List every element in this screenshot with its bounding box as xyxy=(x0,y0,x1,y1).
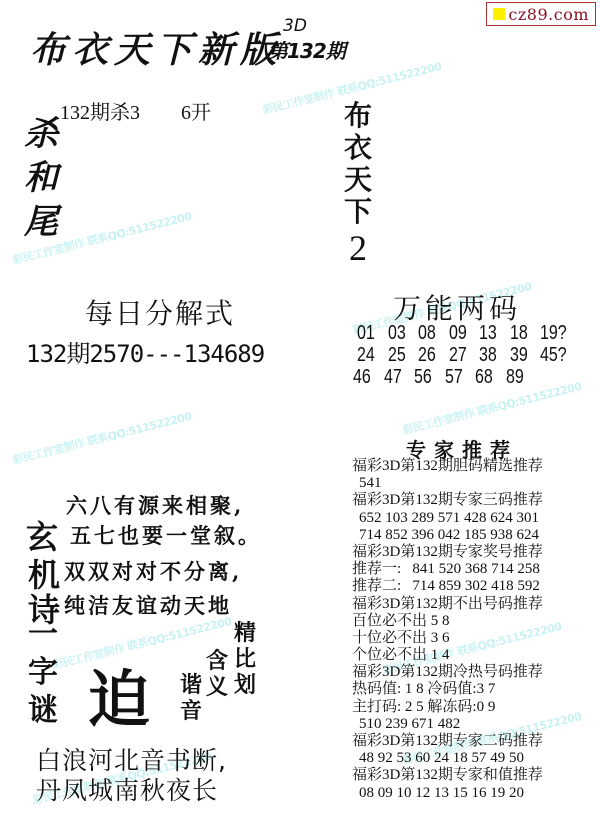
kill-tail-label: 杀 和 尾 xyxy=(24,112,58,244)
closing-poem-line: 白浪河北音书断, xyxy=(36,746,227,776)
kill-tail-char: 尾 xyxy=(24,200,58,244)
code: 25 xyxy=(388,344,412,366)
hint-char: 划 xyxy=(234,672,256,698)
expert-line: 热码值: 1 8 冷码值:3 7 xyxy=(352,681,543,698)
buyi-char: 下 xyxy=(344,196,372,228)
hint-char: 音 xyxy=(180,698,202,724)
expert-line: 福彩3D第132期专家三码推荐 xyxy=(352,492,543,509)
code: 68 xyxy=(475,366,499,388)
hint-char: 含 xyxy=(206,648,228,674)
code: 19? xyxy=(540,322,564,344)
code: 46 xyxy=(353,366,377,388)
expert-line: 主打码: 2 5 解冻码:0 9 xyxy=(352,699,543,716)
expert-line: 百位必不出 5 8 xyxy=(352,613,543,630)
poem-line: 纯洁友谊动天地 xyxy=(64,590,232,620)
code: 13 xyxy=(479,322,503,344)
expert-line: 福彩3D第132期不出号码推荐 xyxy=(352,596,543,613)
kill-tail-char: 杀 xyxy=(24,112,58,156)
expert-line: 个位必不出 1 4 xyxy=(352,647,543,664)
riddle-label-char: 字 xyxy=(28,654,58,692)
buyi-char: 衣 xyxy=(344,132,372,164)
page-title: 布衣天下新版 xyxy=(30,22,282,73)
kill-tail-issue: 132期杀3 xyxy=(60,96,140,125)
universal-two-row: 01 03 08 09 13 18 19? xyxy=(357,322,571,344)
expert-numbers: 08 09 10 12 13 15 16 19 20 xyxy=(352,785,543,802)
universal-two-grid: 01 03 08 09 13 18 19? 24 25 26 27 38 39 … xyxy=(357,322,571,388)
daily-decomposition-title: 每日分解式 xyxy=(85,292,235,332)
expert-numbers: 541 xyxy=(352,475,543,492)
kill-tail-open: 6开 xyxy=(181,96,211,125)
code: 27 xyxy=(449,344,473,366)
expert-line: 福彩3D第132期专家和值推荐 xyxy=(352,767,543,784)
kill-tail-char: 和 xyxy=(24,156,58,200)
buyi-label: 布 衣 天 下 2 xyxy=(344,100,372,268)
code: 18 xyxy=(510,322,534,344)
code: 39 xyxy=(510,344,534,366)
code: 89 xyxy=(506,366,530,388)
code: 26 xyxy=(418,344,442,366)
buyi-char: 天 xyxy=(344,164,372,196)
code: 45? xyxy=(540,344,564,366)
expert-line: 推荐一: 841 520 368 714 258 xyxy=(352,561,543,578)
riddle-label: 一 字 谜 xyxy=(28,616,58,730)
watermark: 彩民工作室制作 联系QQ:511522200 xyxy=(11,408,193,468)
lottery-type: 3D xyxy=(283,16,307,36)
riddle-label-char: 一 xyxy=(28,616,58,654)
code: 24 xyxy=(357,344,381,366)
poem-line: 双双对对不分离, xyxy=(64,556,242,586)
buyi-char: 布 xyxy=(344,100,372,132)
buyi-number: 2 xyxy=(349,228,367,268)
site-badge[interactable]: cz89.com xyxy=(486,2,596,26)
riddle-hint-col2: 含 义 xyxy=(206,648,228,700)
daily-decomposition-value: 132期2570---134689 xyxy=(26,334,264,369)
universal-two-row: 24 25 26 27 38 39 45? xyxy=(357,344,571,366)
expert-numbers: 510 239 671 482 xyxy=(352,716,543,733)
expert-numbers: 48 92 53 60 24 18 57 49 50 xyxy=(352,750,543,767)
poem-line: 六八有源来相聚, xyxy=(66,490,244,520)
closing-poem-line: 丹凤城南秋夜长 xyxy=(36,776,227,806)
yellow-square-icon xyxy=(493,8,505,20)
hint-char: 比 xyxy=(234,646,256,672)
expert-line: 十位必不出 3 6 xyxy=(352,630,543,647)
closing-poem: 白浪河北音书断, 丹凤城南秋夜长 xyxy=(36,746,227,806)
code: 47 xyxy=(384,366,408,388)
universal-two-title: 万能两码 xyxy=(393,287,521,327)
hint-char: 谐 xyxy=(180,672,202,698)
riddle-character: 迫 xyxy=(88,650,150,739)
code: 38 xyxy=(479,344,503,366)
expert-numbers: 652 103 289 571 428 624 301 xyxy=(352,510,543,527)
expert-line: 福彩3D第132期专家二码推荐 xyxy=(352,733,543,750)
site-badge-text: cz89.com xyxy=(508,5,589,24)
poem-line: 五七也要一堂叙。 xyxy=(70,520,262,550)
code: 56 xyxy=(414,366,438,388)
expert-line: 福彩3D第132期胆码精选推荐 xyxy=(352,458,543,475)
hint-char: 精 xyxy=(234,620,256,646)
code: 57 xyxy=(445,366,469,388)
expert-line: 福彩3D第132期专家奖号推荐 xyxy=(352,544,543,561)
riddle-label-char: 谜 xyxy=(28,692,58,730)
code: 03 xyxy=(388,322,412,344)
universal-two-row: 46 47 56 57 68 89 xyxy=(353,366,571,388)
code: 01 xyxy=(357,322,381,344)
expert-list: 福彩3D第132期胆码精选推荐541福彩3D第132期专家三码推荐652 103… xyxy=(352,458,543,802)
riddle-hint-col1: 谐 音 xyxy=(180,672,202,724)
issue-number: 第132期 xyxy=(268,35,345,64)
code: 09 xyxy=(449,322,473,344)
expert-line: 推荐二: 714 859 302 418 592 xyxy=(352,578,543,595)
expert-numbers: 714 852 396 042 185 938 624 xyxy=(352,527,543,544)
hint-char: 义 xyxy=(206,674,228,700)
riddle-hint-col3: 精 比 划 xyxy=(234,620,256,698)
expert-line: 福彩3D第132期冷热号码推荐 xyxy=(352,664,543,681)
code: 08 xyxy=(418,322,442,344)
kill-tail-line: 132期杀3 6开 xyxy=(60,96,211,125)
